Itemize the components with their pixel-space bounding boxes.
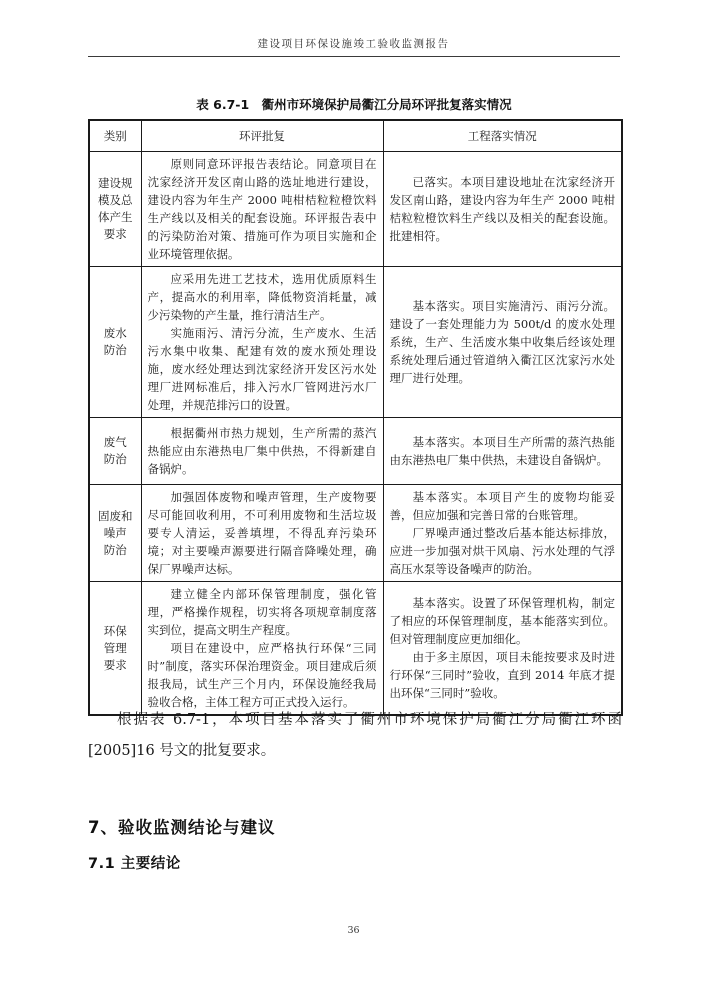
cell-paragraph: 建立健全内部环保管理制度，强化管理，严格操作规程，切实将各项规章制度落实到位，提… (148, 585, 377, 639)
cell-paragraph: 实施雨污、清污分流，生产废水、生活污水集中收集、配建有效的废水预处理设施，废水经… (148, 324, 377, 414)
approval-cell: 应采用先进工艺技术，选用优质原料生产，提高水的利用率，降低物资消耗量，减少污染物… (141, 267, 383, 418)
approval-table-head: 类别环评批复工程落实情况 (89, 120, 622, 152)
implementation-cell: 基本落实。设置了环保管理机构，制定了相应的环保管理制度，基本能落实到位。但对管理… (383, 582, 622, 716)
table-header-row: 类别环评批复工程落实情况 (89, 120, 622, 152)
cell-paragraph: 基本落实。本项目产生的废物均能妥善，但应加强和完善日常的台账管理。 (390, 488, 616, 524)
category-cell: 环保管理要求 (89, 582, 141, 716)
cell-paragraph: 项目在建设中，应严格执行环保“三同时”制度，落实环保治理资金。项目建成后须报我局… (148, 639, 377, 711)
category-cell: 废气防治 (89, 418, 141, 485)
document-page: 建设项目环保设施竣工验收监测报告 表 6.7-1 衢州市环境保护局衢江分局环评批… (0, 0, 707, 1000)
cell-paragraph: 加强固体废物和噪声管理，生产废物要尽可能回收利用，不可利用废物和生活垃圾要专人清… (148, 488, 377, 578)
table-row: 建设规模及总体产生要求原则同意环评报告表结论。同意项目在沈家经济开发区南山路的选… (89, 152, 622, 267)
header-rule (88, 56, 620, 57)
category-line: 管理 (91, 640, 140, 657)
category-line: 防治 (91, 451, 140, 468)
cell-paragraph: 已落实。本项目建设地址在沈家经济开发区南山路，建设内容为年生产 2000 吨柑桔… (390, 173, 616, 245)
running-header-title: 建设项目环保设施竣工验收监测报告 (0, 36, 707, 51)
category-line: 固废和 (91, 508, 140, 525)
cell-paragraph: 基本落实。项目实施清污、雨污分流。建设了一套处理能力为 500t/d 的废水处理… (390, 297, 616, 387)
table-row: 废气防治根据衢州市热力规划，生产所需的蒸汽热能应由东港热电厂集中供热，不得新建自… (89, 418, 622, 485)
implementation-cell: 基本落实。项目实施清污、雨污分流。建设了一套处理能力为 500t/d 的废水处理… (383, 267, 622, 418)
implementation-cell: 已落实。本项目建设地址在沈家经济开发区南山路，建设内容为年生产 2000 吨柑桔… (383, 152, 622, 267)
category-cell: 固废和噪声防治 (89, 485, 141, 582)
approval-cell: 根据衢州市热力规划，生产所需的蒸汽热能应由东港热电厂集中供热，不得新建自备锅炉。 (141, 418, 383, 485)
column-header-2: 工程落实情况 (383, 120, 622, 152)
page-number: 36 (0, 925, 707, 936)
category-line: 防治 (91, 542, 140, 559)
approval-table-body: 建设规模及总体产生要求原则同意环评报告表结论。同意项目在沈家经济开发区南山路的选… (89, 152, 622, 716)
table-row: 固废和噪声防治加强固体废物和噪声管理，生产废物要尽可能回收利用，不可利用废物和生… (89, 485, 622, 582)
category-line: 要求 (91, 657, 140, 674)
category-cell: 废水防治 (89, 267, 141, 418)
cell-paragraph: 基本落实。设置了环保管理机构，制定了相应的环保管理制度，基本能落实到位。但对管理… (390, 594, 616, 648)
cell-paragraph: 应采用先进工艺技术，选用优质原料生产，提高水的利用率，降低物资消耗量，减少污染物… (148, 270, 377, 324)
table-row: 废水防治应采用先进工艺技术，选用优质原料生产，提高水的利用率，降低物资消耗量，减… (89, 267, 622, 418)
category-cell: 建设规模及总体产生要求 (89, 152, 141, 267)
category-line: 要求 (91, 226, 140, 243)
approval-cell: 原则同意环评报告表结论。同意项目在沈家经济开发区南山路的选址地进行建设，建设内容… (141, 152, 383, 267)
cell-paragraph: 原则同意环评报告表结论。同意项目在沈家经济开发区南山路的选址地进行建设，建设内容… (148, 155, 377, 263)
subsection-heading: 7.1 主要结论 (88, 852, 181, 873)
category-line: 废气 (91, 434, 140, 451)
category-line: 废水 (91, 325, 140, 342)
cell-paragraph: 根据衢州市热力规划，生产所需的蒸汽热能应由东港热电厂集中供热，不得新建自备锅炉。 (148, 424, 377, 478)
approval-cell: 加强固体废物和噪声管理，生产废物要尽可能回收利用，不可利用废物和生活垃圾要专人清… (141, 485, 383, 582)
table-row: 环保管理要求建立健全内部环保管理制度，强化管理，严格操作规程，切实将各项规章制度… (89, 582, 622, 716)
implementation-cell: 基本落实。本项目生产所需的蒸汽热能由东港热电厂集中供热，未建设自备锅炉。 (383, 418, 622, 485)
approval-cell: 建立健全内部环保管理制度，强化管理，严格操作规程，切实将各项规章制度落实到位，提… (141, 582, 383, 716)
implementation-cell: 基本落实。本项目产生的废物均能妥善，但应加强和完善日常的台账管理。厂界噪声通过整… (383, 485, 622, 582)
category-line: 体产生 (91, 209, 140, 226)
summary-paragraph: 根据表 6.7-1，本项目基本落实了衢州市环境保护局衢江分局衢江环函[2005]… (88, 705, 622, 767)
approval-table: 类别环评批复工程落实情况 建设规模及总体产生要求原则同意环评报告表结论。同意项目… (88, 119, 623, 716)
cell-paragraph: 厂界噪声通过整改后基本能达标排放，应进一步加强对烘干风扇、污水处理的气浮高压水泵… (390, 524, 616, 578)
table-title: 表 6.7-1 衢州市环境保护局衢江分局环评批复落实情况 (60, 95, 648, 113)
column-header-1: 环评批复 (141, 120, 383, 152)
cell-paragraph: 由于多主原因，项目未能按要求及时进行环保“三同时”验收，直到 2014 年底才提… (390, 648, 616, 702)
category-line: 环保 (91, 623, 140, 640)
section-heading: 7、验收监测结论与建议 (88, 814, 275, 838)
category-line: 噪声 (91, 525, 140, 542)
category-line: 模及总 (91, 192, 140, 209)
cell-paragraph: 基本落实。本项目生产所需的蒸汽热能由东港热电厂集中供热，未建设自备锅炉。 (390, 433, 616, 469)
category-line: 防治 (91, 342, 140, 359)
column-header-0: 类别 (89, 120, 141, 152)
category-line: 建设规 (91, 175, 140, 192)
